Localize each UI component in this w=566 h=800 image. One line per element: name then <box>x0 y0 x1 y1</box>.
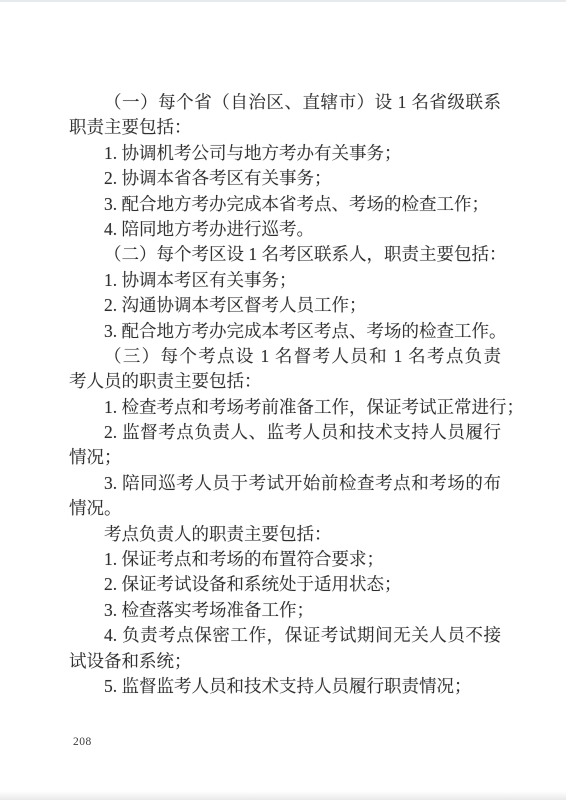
text-line: 1. 保证考点和考场的布置符合要求； <box>69 547 501 572</box>
text-line: 5. 监督监考人员和技术支持人员履行职责情况； <box>69 674 501 699</box>
scanned-document-page: （一）每个省（自治区、直辖市）设 1 名省级联系人，职责主要包括：1. 协调机考… <box>0 0 566 800</box>
text-line: 2. 协调本省各考区有关事务； <box>69 166 501 191</box>
text-line: 情况。 <box>69 496 501 521</box>
text-line: （一）每个省（自治区、直辖市）设 1 名省级联系人， <box>69 90 501 115</box>
scan-edge-top <box>0 0 566 2</box>
text-line: 1. 协调机考公司与地方考办有关事务； <box>69 141 501 166</box>
text-line: 2. 保证考试设备和系统处于适用状态； <box>69 572 501 597</box>
text-line: （二）每个考区设 1 名考区联系人，职责主要包括： <box>69 242 501 267</box>
text-line: 试设备和系统； <box>69 649 501 674</box>
text-line: 情况； <box>69 445 501 470</box>
text-line: 1. 检查考点和考场考前准备工作，保证考试正常进行； <box>69 395 501 420</box>
text-line: 考人员的职责主要包括： <box>69 369 501 394</box>
page-number: 208 <box>73 736 92 748</box>
text-line: 4. 陪同地方考办进行巡考。 <box>69 217 501 242</box>
text-line: 职责主要包括： <box>69 115 501 140</box>
text-line: 4. 负责考点保密工作，保证考试期间无关人员不接触考 <box>69 623 501 648</box>
scan-edge-bottom <box>0 791 566 800</box>
text-line: 1. 协调本考区有关事务； <box>69 268 501 293</box>
text-line: 2. 沟通协调本考区督考人员工作； <box>69 293 501 318</box>
document-body: （一）每个省（自治区、直辖市）设 1 名省级联系人，职责主要包括：1. 协调机考… <box>69 90 501 699</box>
text-line: 3. 配合地方考办完成本省考点、考场的检查工作； <box>69 192 501 217</box>
text-line: 2. 监督考点负责人、监考人员和技术支持人员履行职责 <box>69 420 501 445</box>
text-line: （三）每个考点设 1 名督考人员和 1 名考点负责人，督 <box>69 344 501 369</box>
text-line: 3. 陪同巡考人员于考试开始前检查考点和考场的布置 <box>69 471 501 496</box>
text-line: 考点负责人的职责主要包括： <box>69 522 501 547</box>
text-line: 3. 检查落实考场准备工作； <box>69 598 501 623</box>
text-line: 3. 配合地方考办完成本考区考点、考场的检查工作。 <box>69 319 501 344</box>
